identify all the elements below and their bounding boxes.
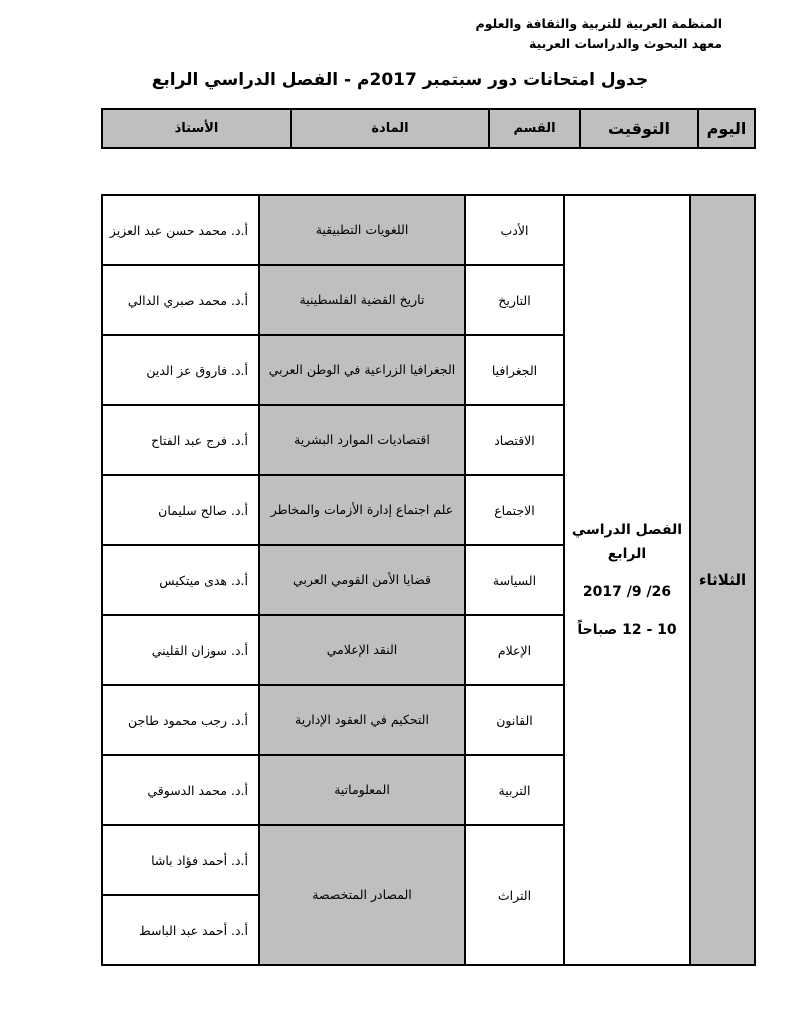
column-header-subject: المادة [291,109,489,148]
subject-cell: علم اجتماع إدارة الأزمات والمخاطر [259,475,465,545]
dept-cell: الجغرافيا [465,335,564,405]
day-cell: الثلاثاء [690,195,755,965]
subject-cell: التحكيم في العقود الإدارية [259,685,465,755]
dept-cell: الاجتماع [465,475,564,545]
subject-cell: اللغويات التطبيقية [259,195,465,265]
professor-cell: أ.د. صالح سليمان [102,475,259,545]
column-header-professor: الأستاذ [102,109,291,148]
professor-cell: أ.د. هدى ميتكيس [102,545,259,615]
subject-cell: المصادر المتخصصة [259,825,465,965]
dept-cell: التراث [465,825,564,965]
dept-cell: القانون [465,685,564,755]
dept-cell: التاريخ [465,265,564,335]
professor-cell: أ.د. أحمد فؤاد باشا [102,825,259,895]
dept-cell: الإعلام [465,615,564,685]
professor-cell: أ.د. فرج عبد الفتاح [102,405,259,475]
professor-cell: أ.د. رجب محمود طاجن [102,685,259,755]
professor-cell: أ.د. محمد حسن عبد العزيز [102,195,259,265]
column-header-table: اليوم التوقيت القسم المادة الأستاذ [101,108,756,149]
dept-cell: التربية [465,755,564,825]
column-header-day: اليوم [698,109,755,148]
subject-cell: تاريخ القضية الفلسطينية [259,265,465,335]
dept-cell: الاقتصاد [465,405,564,475]
column-header-time: التوقيت [580,109,698,148]
exam-schedule-table: الثلاثاء الفصل الدراسي الرابع 26/ 9/ 201… [101,194,756,966]
professor-cell: أ.د. سوزان القليني [102,615,259,685]
dept-cell: السياسة [465,545,564,615]
subject-cell: النقد الإعلامي [259,615,465,685]
column-header-dept: القسم [489,109,580,148]
table-row: الثلاثاء الفصل الدراسي الرابع 26/ 9/ 201… [102,195,755,265]
professor-cell: أ.د. أحمد عبد الباسط [102,895,259,965]
institute-name: معهد البحوث والدراسات العربية [476,34,722,54]
subject-cell: اقتصاديات الموارد البشرية [259,405,465,475]
page-cutoff [0,980,800,1035]
subject-cell: المعلوماتية [259,755,465,825]
professor-cell: أ.د. محمد الدسوقي [102,755,259,825]
time-cell: الفصل الدراسي الرابع 26/ 9/ 2017 10 - 12… [564,195,690,965]
subject-cell: قضايا الأمن القومي العربي [259,545,465,615]
organization-header: المنظمة العربية للتربية والثقافة والعلوم… [476,14,722,54]
professor-cell: أ.د. محمد صبري الدالي [102,265,259,335]
exam-time: 10 - 12 صباحاً [569,618,685,642]
dept-cell: الأدب [465,195,564,265]
page-title: جدول امتحانات دور سبتمبر 2017م - الفصل ا… [150,70,650,90]
exam-date: 26/ 9/ 2017 [569,580,685,604]
professor-cell: أ.د. فاروق عز الدين [102,335,259,405]
subject-cell: الجغرافيا الزراعية في الوطن العربي [259,335,465,405]
semester-number: الرابع [569,542,685,566]
semester-label: الفصل الدراسي [569,518,685,542]
org-name: المنظمة العربية للتربية والثقافة والعلوم [476,14,722,34]
